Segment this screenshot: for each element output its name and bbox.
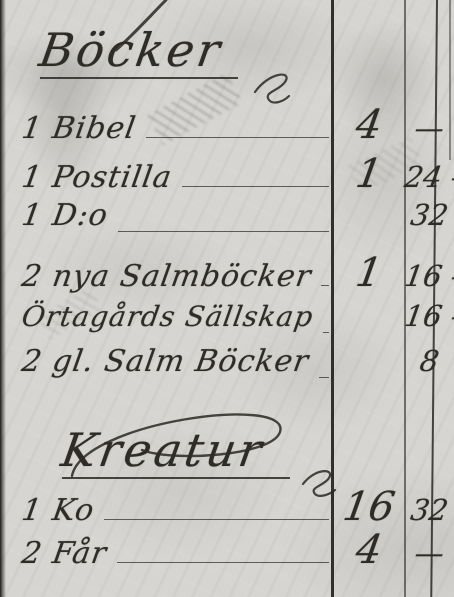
amount-riksdaler: 1 — [329, 151, 408, 197]
amount-riksdaler: 1 — [329, 250, 408, 296]
leader-line — [146, 137, 329, 138]
leader-line — [182, 186, 329, 187]
inventory-row: 1 D:o 32 — [0, 196, 454, 238]
item-label: 2 nya Salmböcker — [19, 257, 314, 297]
heading-text: Kreatur — [58, 424, 268, 476]
amount-skilling: 32 — [402, 198, 454, 232]
leader-line — [323, 332, 329, 333]
section-heading-kreatur: Kreatur — [62, 424, 290, 479]
heading-text: Böcker — [36, 24, 227, 76]
leader-line — [321, 285, 329, 286]
item-label: 1 Ko — [19, 491, 98, 531]
amount-skilling: 8 — [402, 344, 454, 378]
amount-skilling: — — [402, 111, 454, 145]
amount-skilling: 24 — — [402, 160, 454, 194]
inventory-row: 2 Får 4 — — [0, 527, 454, 569]
amount-riksdaler: 4 — [329, 527, 408, 573]
inventory-row: 1 Bibel 4 — — [0, 102, 454, 144]
amount-riksdaler: 16 — [329, 484, 408, 530]
amount-skilling: 16 — — [402, 259, 454, 293]
amount-skilling: 32 — [402, 493, 454, 527]
item-label: 1 Postilla — [19, 158, 175, 198]
leader-line — [117, 562, 329, 563]
heading-underline — [62, 477, 290, 479]
item-label: Örtagårds Sällskap — [19, 297, 317, 337]
leader-line — [118, 231, 329, 232]
item-label: 1 D:o — [19, 196, 111, 236]
section-heading-bocker: Böcker — [40, 24, 238, 79]
heading-flourish — [245, 62, 315, 107]
amount-skilling: 16 — — [402, 299, 454, 333]
inventory-row: 2 nya Salmböcker 1 16 — — [0, 250, 454, 292]
amount-riksdaler: 4 — [329, 102, 408, 148]
leader-line — [104, 519, 329, 520]
item-label: 2 Får — [19, 534, 110, 574]
document-page: Böcker 1 Bibel 4 — 1 Postilla 1 24 — 1 D… — [0, 0, 454, 597]
inventory-row: 2 gl. Salm Böcker 8 — [0, 342, 454, 384]
amount-skilling: — — [402, 536, 454, 570]
heading-underline — [40, 77, 238, 79]
leader-line — [319, 377, 329, 378]
inventory-row: 1 Postilla 1 24 — — [0, 151, 454, 193]
item-label: 2 gl. Salm Böcker — [19, 342, 312, 382]
item-label: 1 Bibel — [19, 109, 139, 149]
inventory-row: Örtagårds Sällskap 16 — — [0, 297, 454, 339]
inventory-row: 1 Ko 16 32 — [0, 484, 454, 526]
